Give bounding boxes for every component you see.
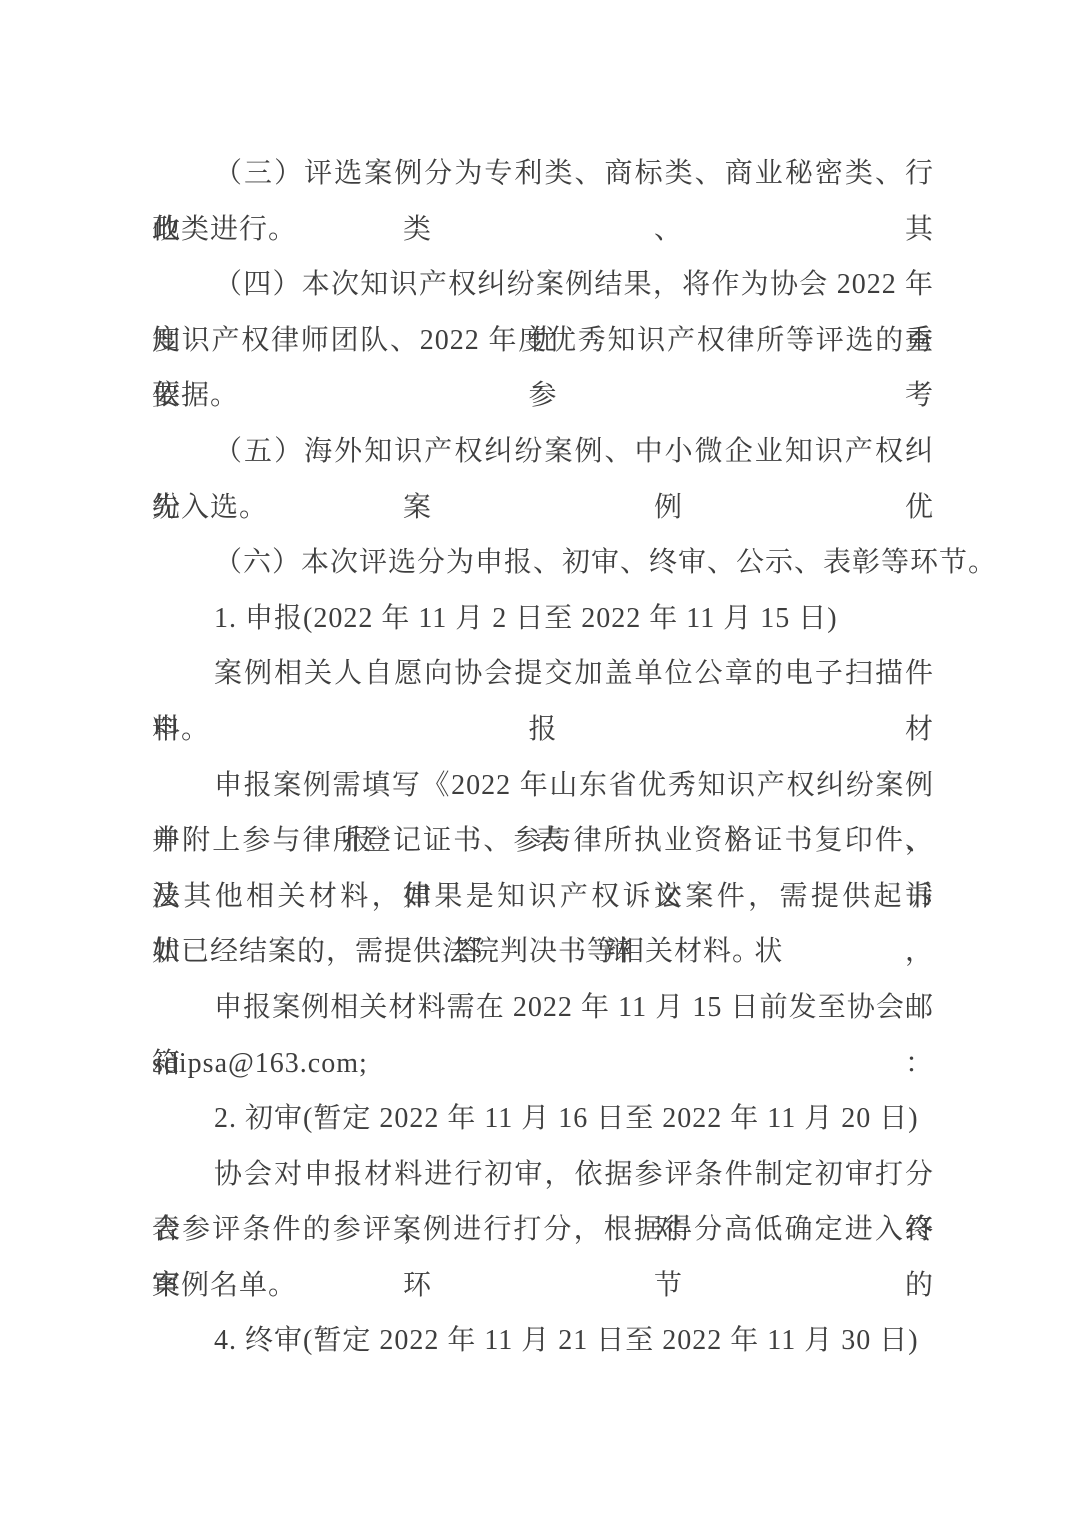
text-line: 1. 申报(2022 年 11 月 2 日至 2022 年 11 月 15 日) <box>152 591 934 647</box>
text-line: （三）评选案例分为专利类、商标类、商业秘密类、行政类、其 <box>152 146 934 202</box>
text-line: 申报案例需填写《2022 年山东省优秀知识产权纠纷案例申报表》， <box>152 758 934 814</box>
text-line: 并附上参与律所登记证书、参与律所执业资格证书复印件、法律文书 <box>152 813 934 869</box>
document-body: （三）评选案例分为专利类、商标类、商业秘密类、行政类、其他类进行。（四）本次知识… <box>152 146 934 1369</box>
text-line: （五）海外知识产权纠纷案例、中小微企业知识产权纠纷案例优 <box>152 424 934 480</box>
text-line: 知识产权律师团队、2022 年度优秀知识产权律所等评选的重要参考 <box>152 313 934 369</box>
text-line: 4. 终审(暂定 2022 年 11 月 21 日至 2022 年 11 月 3… <box>152 1313 934 1369</box>
text-line: 协会对申报材料进行初审，依据参评条件制定初审打分表，对符 <box>152 1147 934 1203</box>
text-line: （四）本次知识产权纠纷案例结果，将作为协会 2022 年度优秀 <box>152 257 934 313</box>
text-line: 2. 初审(暂定 2022 年 11 月 16 日至 2022 年 11 月 2… <box>152 1091 934 1147</box>
text-line: 申报案例相关材料需在 2022 年 11 月 15 日前发至协会邮箱： <box>152 980 934 1036</box>
text-line: （六）本次评选分为申报、初审、终审、公示、表彰等环节。 <box>152 535 934 591</box>
document-page: （三）评选案例分为专利类、商标类、商业秘密类、行政类、其他类进行。（四）本次知识… <box>0 0 1080 1527</box>
text-line: 合参评条件的参评案例进行打分，根据得分高低确定进入终审环节的 <box>152 1202 934 1258</box>
text-line: 及其他相关材料，如果是知识产权诉讼案件，需提供起诉状、答辩状， <box>152 869 934 925</box>
text-line: 案例相关人自愿向协会提交加盖单位公章的电子扫描件申报材 <box>152 646 934 702</box>
